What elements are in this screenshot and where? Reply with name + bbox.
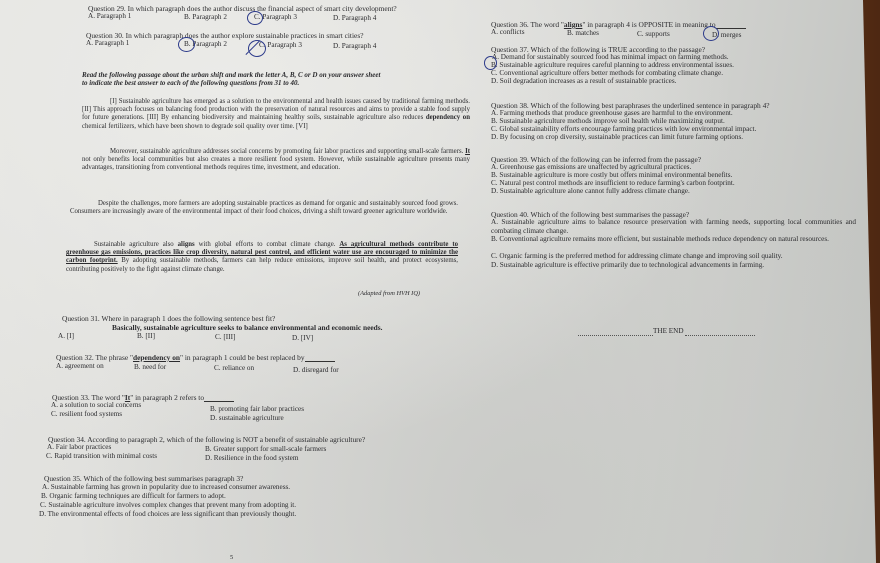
p1-text: [I] Sustainable agriculture has emerged … bbox=[82, 98, 470, 121]
q40-option-a: A. Sustainable agriculture aims to balan… bbox=[491, 218, 856, 235]
answer-circle-mark bbox=[703, 26, 719, 41]
q35-option-b: B. Organic farming techniques are diffic… bbox=[41, 492, 226, 501]
q30-option-a: A. Paragraph 1 bbox=[86, 39, 129, 48]
the-end-text: THE END bbox=[653, 327, 684, 335]
answer-blank bbox=[716, 28, 746, 29]
q31-sentence: Basically, sustainable agriculture seeks… bbox=[112, 323, 383, 332]
q39-option-d: D. Sustainable agriculture alone cannot … bbox=[491, 187, 690, 196]
passage-paragraph-4: Sustainable agriculture also aligns with… bbox=[66, 241, 458, 274]
q33-option-d: D. sustainable agriculture bbox=[210, 414, 284, 423]
dotted-line bbox=[685, 335, 755, 336]
q32-option-a: A. agreement on bbox=[56, 362, 104, 371]
q29-option-a: A. Paragraph 1 bbox=[88, 12, 131, 21]
q32-option-c: C. reliance on bbox=[214, 364, 254, 373]
passage-paragraph-1: [I] Sustainable agriculture has emerged … bbox=[82, 98, 470, 131]
q38-option-d: D. By focusing on crop diversity, sustai… bbox=[491, 133, 743, 142]
q34-option-a: A. Fair labor practices bbox=[47, 443, 111, 452]
question-31-stem: Question 31. Where in paragraph 1 does t… bbox=[62, 314, 275, 323]
q29-option-d: D. Paragraph 4 bbox=[333, 14, 376, 23]
q33-option-a: A. a solution to social concerns bbox=[51, 401, 141, 410]
q33-option-b: B. promoting fair labor practices bbox=[210, 405, 304, 414]
dotted-line bbox=[578, 335, 653, 336]
q35-option-c: C. Sustainable agriculture involves comp… bbox=[40, 501, 296, 510]
reading-instructions-line-2: to indicate the best answer to each of t… bbox=[82, 79, 299, 87]
q31-option-c: C. [III] bbox=[215, 333, 235, 342]
q40-option-d: D. Sustainable agriculture is effective … bbox=[491, 261, 764, 270]
passage-source: (Adapted from HVH IQ) bbox=[358, 290, 420, 297]
q32-stem-start: Question 32. The phrase " bbox=[56, 353, 133, 362]
q36-option-b: B. matches bbox=[567, 29, 599, 38]
q32-stem-end: " in paragraph 1 could be best replaced … bbox=[180, 353, 305, 362]
question-35-stem: Question 35. Which of the following best… bbox=[44, 474, 243, 483]
answer-blank bbox=[204, 401, 234, 402]
q34-option-c: C. Rapid transition with minimal costs bbox=[46, 452, 157, 461]
answer-blank bbox=[305, 361, 335, 362]
q36-option-c: C. supports bbox=[637, 30, 670, 39]
q31-option-b: B. [II] bbox=[137, 332, 155, 341]
q40-option-c: C. Organic farming is the preferred meth… bbox=[491, 252, 783, 261]
q31-option-a: A. [I] bbox=[58, 332, 74, 341]
q34-option-b: B. Greater support for small-scale farme… bbox=[205, 445, 326, 454]
passage-paragraph-3: Despite the challenges, more farmers are… bbox=[70, 200, 458, 216]
p2-text-end: not only benefits local communities but … bbox=[82, 156, 470, 171]
q34-option-d: D. Resilience in the food system bbox=[205, 454, 298, 463]
q30-option-d: D. Paragraph 4 bbox=[333, 42, 376, 51]
q36-stem-end: " in paragraph 4 is OPPOSITE in meaning … bbox=[582, 20, 715, 29]
q36-option-a: A. conflicts bbox=[491, 28, 525, 37]
p4-bold-word: aligns bbox=[178, 241, 195, 248]
passage-paragraph-2: Moreover, sustainable agriculture addres… bbox=[82, 148, 470, 173]
q37-option-d: D. Soil degradation increases as a resul… bbox=[491, 77, 676, 86]
question-29-stem: Question 29. In which paragraph does the… bbox=[88, 4, 397, 13]
q32-option-d: D. disregard for bbox=[293, 366, 339, 375]
q33-stem-end: " in paragraph 2 refers to bbox=[130, 393, 204, 402]
q32-phrase: dependency on bbox=[133, 353, 180, 362]
q40-option-b: B. Conventional agriculture remains more… bbox=[491, 235, 856, 244]
q29-option-b: B. Paragraph 2 bbox=[184, 13, 227, 22]
p4-text-mid: with global efforts to combat climate ch… bbox=[195, 241, 340, 248]
exam-paper-page: Question 29. In which paragraph does the… bbox=[0, 0, 880, 563]
p2-text: Moreover, sustainable agriculture addres… bbox=[110, 148, 465, 155]
q36-word: aligns bbox=[564, 20, 582, 29]
p4-text: Sustainable agriculture also bbox=[94, 241, 178, 248]
p1-bold-phrase: dependency on bbox=[426, 114, 470, 121]
question-32-stem: Question 32. The phrase "dependency on" … bbox=[56, 353, 335, 362]
q31-option-d: D. [IV] bbox=[292, 334, 313, 343]
answer-circle-mark bbox=[484, 56, 497, 70]
p4-text-end: By adopting sustainable methods, farmers… bbox=[66, 257, 458, 272]
the-end-label: THE END bbox=[578, 327, 755, 336]
q35-option-d: D. The environmental effects of food cho… bbox=[39, 510, 296, 519]
answer-circle-mark bbox=[178, 37, 195, 52]
answer-circle-mark bbox=[247, 11, 263, 25]
reading-instructions-line-1: Read the following passage about the urb… bbox=[82, 71, 380, 79]
q35-option-a: A. Sustainable farming has grown in popu… bbox=[42, 483, 290, 492]
p1-text-end: chemical fertilizers, which have been sh… bbox=[82, 123, 308, 130]
q33-option-c: C. resilient food systems bbox=[51, 410, 122, 419]
page-number: 5 bbox=[230, 554, 233, 561]
q32-option-b: B. need for bbox=[134, 363, 166, 372]
p2-underlined-word: It bbox=[465, 148, 470, 155]
